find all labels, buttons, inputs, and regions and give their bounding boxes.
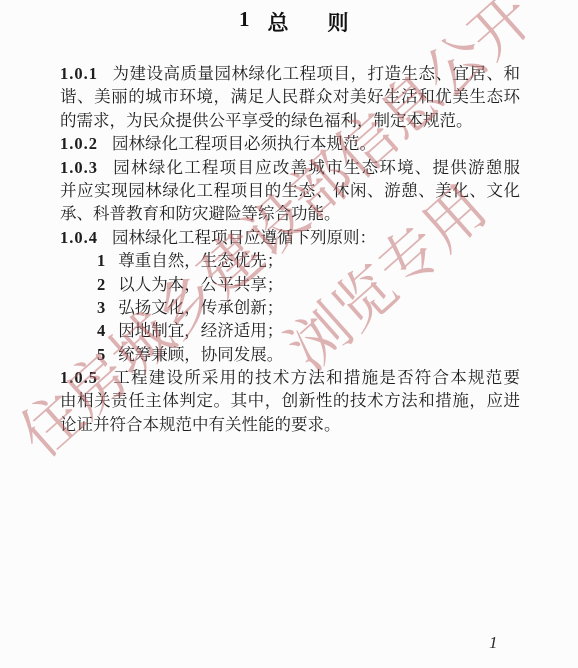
clause-line: 1.0.4园林绿化工程项目应遵循下列原则： [60,226,520,249]
clause-subitem: 2以人为本，公平共享； [60,273,520,296]
subitem-number: 1 [97,251,105,270]
clause-line: 论证并符合本规范中有关性能的要求。 [60,413,520,436]
clause-line: 由相关责任主体判定。其中，创新性的技术方法和措施，应进行 [60,389,520,412]
clause-subitem: 1尊重自然，生态优先； [60,249,520,272]
clause-number: 1.0.3 [60,158,98,177]
clause-subitem: 4因地制宜，经济适用； [60,319,520,342]
subitem-text: 尊重自然，生态优先； [118,251,283,270]
page-number: 1 [489,633,498,653]
chapter-title: 1 总 则 [239,7,349,37]
subitem-number: 2 [97,275,105,294]
clause-line: 并应实现园林绿化工程项目的生态、休闲、游憩、美化、文化传 [60,179,520,202]
clause-text: 园林绿化工程项目必须执行本规范。 [112,134,376,153]
clause-line: 1.0.1为建设高质量园林绿化工程项目，打造生态、宜居、和 [60,62,520,85]
chapter-number: 1 [239,7,250,32]
subitem-text: 统筹兼顾，协同发展。 [118,345,283,364]
clause-line: 承、科普教育和防灾避险等综合功能。 [60,202,520,225]
chapter-title-word-2: 则 [328,7,349,37]
clause: 1.0.3园林绿化工程项目应改善城市生态环境、提供游憩服务，并应实现园林绿化工程… [60,156,520,226]
subitem-number: 4 [97,321,105,340]
clause: 1.0.4园林绿化工程项目应遵循下列原则：1尊重自然，生态优先；2以人为本，公平… [60,226,520,366]
clause: 1.0.1为建设高质量园林绿化工程项目，打造生态、宜居、和谐、美丽的城市环境，满… [60,62,520,132]
subitem-text: 弘扬文化，传承创新； [118,298,283,317]
subitem-number: 5 [97,345,105,364]
clause-text: 为建设高质量园林绿化工程项目，打造生态、宜居、和 [112,64,520,83]
clause-subitem: 3弘扬文化，传承创新； [60,296,520,319]
clause-line: 1.0.5工程建设所采用的技术方法和措施是否符合本规范要求， [60,366,520,389]
clause: 1.0.2园林绿化工程项目必须执行本规范。 [60,132,520,155]
clause: 1.0.5工程建设所采用的技术方法和措施是否符合本规范要求，由相关责任主体判定。… [60,366,520,436]
clause-text: 由相关责任主体判定。其中，创新性的技术方法和措施，应进行 [60,391,520,412]
clause-text: 并应实现园林绿化工程项目的生态、休闲、游憩、美化、文化传 [60,181,520,202]
clause-text: 承、科普教育和防灾避险等综合功能。 [60,204,341,223]
clause-line: 的需求，为民众提供公平享受的绿色福利，制定本规范。 [60,109,520,132]
document-body: 1.0.1为建设高质量园林绿化工程项目，打造生态、宜居、和谐、美丽的城市环境，满… [60,62,520,436]
clause-line: 谐、美丽的城市环境，满足人民群众对美好生活和优美生态环境 [60,85,520,108]
subitem-number: 3 [97,298,105,317]
clause-text: 园林绿化工程项目应遵循下列原则： [112,228,376,247]
clause-number: 1.0.2 [60,134,98,153]
clause-number: 1.0.1 [60,64,98,83]
chapter-title-word-1: 总 [268,7,289,37]
clause-text: 工程建设所采用的技术方法和措施是否符合本规范要求， [60,368,520,389]
clause-number: 1.0.4 [60,228,98,247]
clause-text: 论证并符合本规范中有关性能的要求。 [60,415,341,434]
clause-text: 的需求，为民众提供公平享受的绿色福利，制定本规范。 [60,111,473,130]
clause-number: 1.0.5 [60,368,98,387]
subitem-text: 因地制宜，经济适用； [118,321,283,340]
clause-line: 1.0.3园林绿化工程项目应改善城市生态环境、提供游憩服务， [60,156,520,179]
document-page: 1 总 则 1.0.1为建设高质量园林绿化工程项目，打造生态、宜居、和谐、美丽的… [0,0,578,668]
subitem-text: 以人为本，公平共享； [118,275,283,294]
clause-subitem: 5统筹兼顾，协同发展。 [60,343,520,366]
clause-text: 园林绿化工程项目应改善城市生态环境、提供游憩服务， [60,158,520,179]
clause-text: 谐、美丽的城市环境，满足人民群众对美好生活和优美生态环境 [60,87,520,108]
clause-line: 1.0.2园林绿化工程项目必须执行本规范。 [60,132,520,155]
